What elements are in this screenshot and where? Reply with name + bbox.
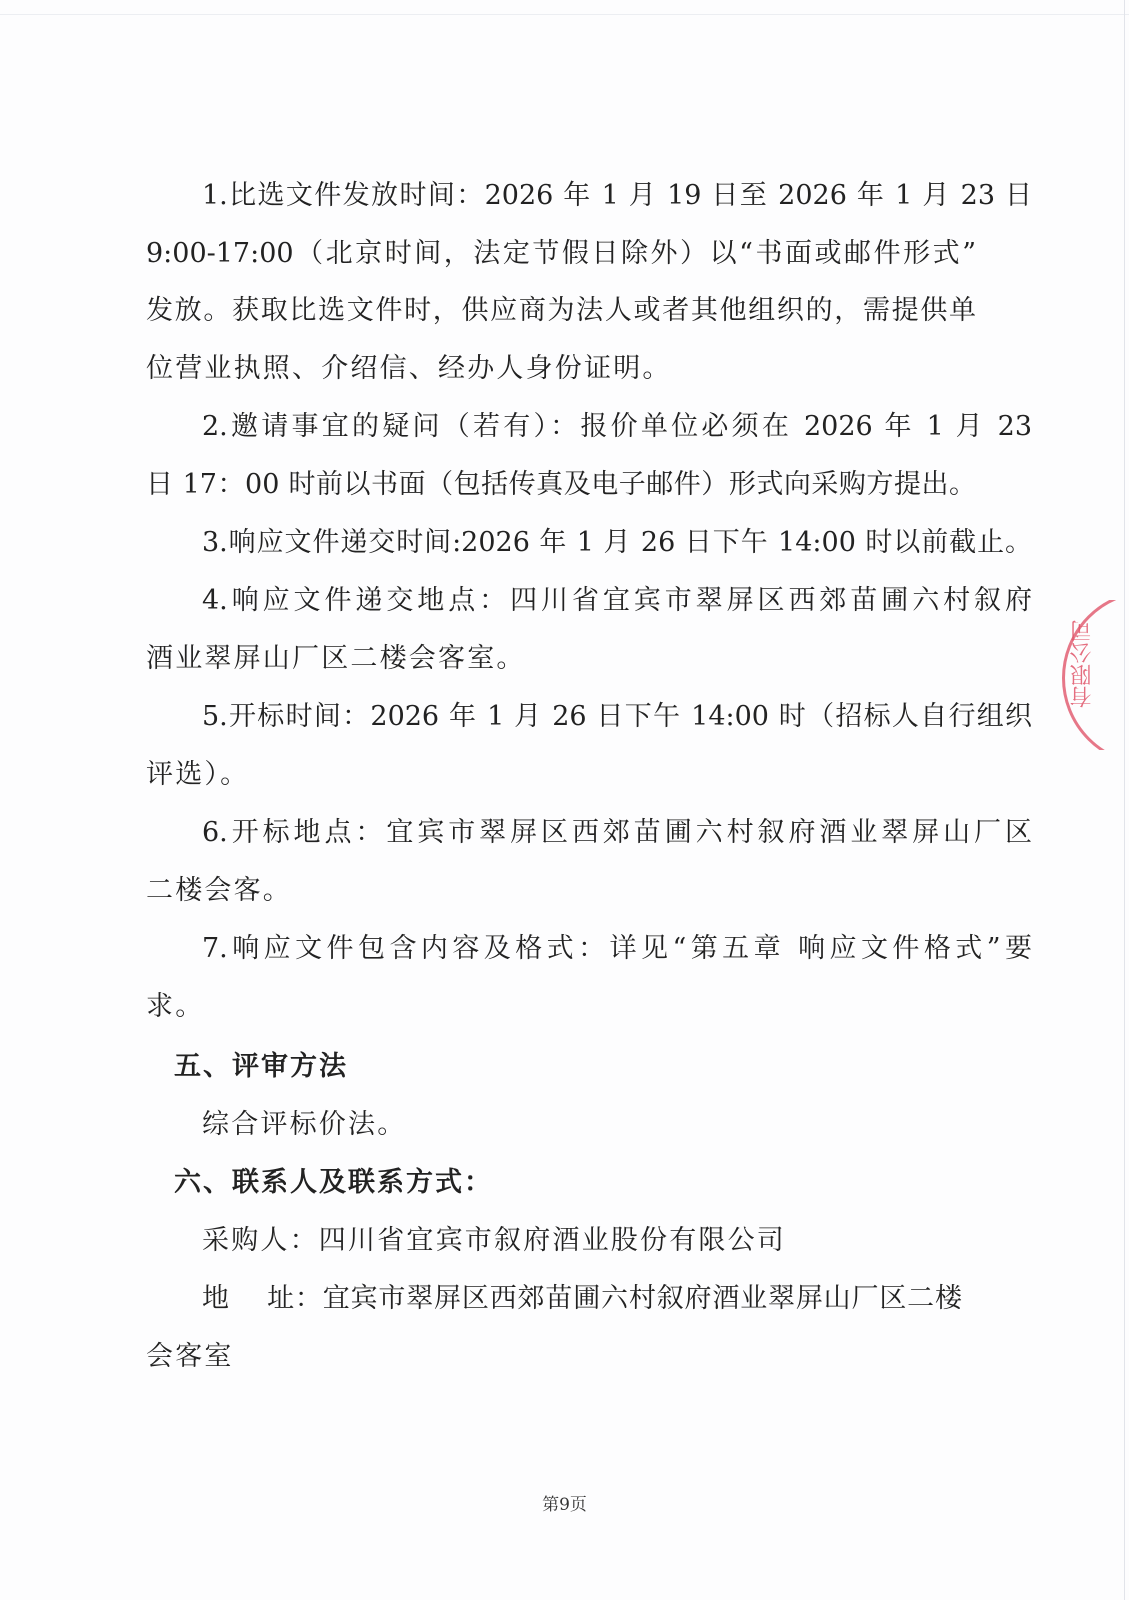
scan-edge-right: [1124, 0, 1125, 1600]
item-1-line-2: 9:00-17:00（北京时间，法定节假日除外）以“书面或邮件形式”: [146, 236, 976, 272]
section-5-heading: 五、评审方法: [174, 1049, 1004, 1085]
item-5-line-1: 5.开标时间：2026 年 1 月 26 日下午 14:00 时（招标人自行组织: [202, 699, 1032, 735]
item-1-line-3: 发放。获取比选文件时，供应商为法人或者其他组织的，需提供单: [146, 293, 976, 329]
item-7-line-2: 求。: [146, 989, 976, 1025]
seal-text: 有限公司: [1070, 620, 1100, 708]
section-5-body: 综合评标价法。: [202, 1107, 1032, 1143]
item-3-line-1: 3.响应文件递交时间:2026 年 1 月 26 日下午 14:00 时以前截止…: [202, 525, 1032, 561]
item-6-line-1: 6.开标地点：宜宾市翠屏区西郊苗圃六村叙府酒业翠屏山厂区: [202, 815, 1032, 851]
item-2-line-2: 日 17：00 时前以书面（包括传真及电子邮件）形式向采购方提出。: [146, 467, 976, 503]
item-1-line-4: 位营业执照、介绍信、经办人身份证明。: [146, 351, 976, 387]
company-seal-stamp: 有限公司: [1062, 600, 1129, 750]
item-4-line-2: 酒业翠屏山厂区二楼会客室。: [146, 641, 976, 677]
purchaser-line: 采购人：四川省宜宾市叙府酒业股份有限公司: [202, 1223, 1032, 1259]
document-page: 1.比选文件发放时间：2026 年 1 月 19 日至 2026 年 1 月 2…: [0, 0, 1129, 1600]
item-1-line-1: 1.比选文件发放时间：2026 年 1 月 19 日至 2026 年 1 月 2…: [202, 178, 1032, 214]
address-line-2: 会客室: [146, 1339, 976, 1375]
scan-edge-top: [0, 14, 1129, 15]
address-line-1: 地 址：宜宾市翠屏区西郊苗圃六村叙府酒业翠屏山厂区二楼: [202, 1281, 962, 1317]
item-4-line-1: 4.响应文件递交地点：四川省宜宾市翠屏区西郊苗圃六村叙府: [202, 583, 1032, 619]
page-number: 第9页: [0, 1490, 1129, 1515]
item-7-line-1: 7.响应文件包含内容及格式：详见“第五章 响应文件格式”要: [202, 931, 1032, 967]
section-6-heading: 六、联系人及联系方式：: [174, 1165, 1004, 1201]
item-5-line-2: 评选）。: [146, 757, 976, 793]
item-6-line-2: 二楼会客。: [146, 873, 976, 909]
item-2-line-1: 2.邀请事宜的疑问（若有）：报价单位必须在 2026 年 1 月 23: [202, 409, 1032, 445]
